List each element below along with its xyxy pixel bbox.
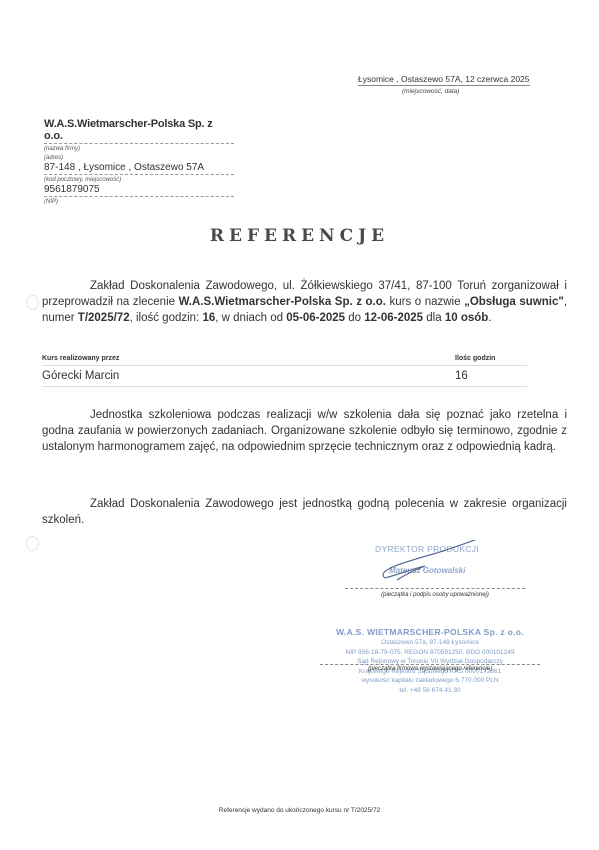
firm-block: W.A.S.Wietmarscher-Polska Sp. z o.o. (na… (44, 118, 234, 206)
paragraph-course-info: Zakład Doskonalenia Zawodowego, ul. Żółk… (42, 278, 567, 326)
stamp-line: tel. +48 56 674 41 30 (300, 686, 560, 696)
stamp-line: wysokość kapitału zakładowego 6.770.000 … (300, 676, 560, 686)
text: do (345, 312, 364, 324)
document-title: REFERENCJE (0, 226, 599, 246)
course-number: T/2025/72 (78, 312, 130, 324)
stamp-caption: (pieczątka firmowa wystawiającego refere… (320, 664, 540, 672)
paragraph-evaluation: Jednostka szkoleniowa podczas realizacji… (42, 407, 567, 455)
instructor-table: Kurs realizowany przez Ilośc godzin Góre… (42, 355, 527, 387)
place-date-caption: (miejscowość, data) (402, 88, 568, 95)
course-hours: 16 (202, 312, 215, 324)
text: Zakład Doskonalenia Zawodowego jest jedn… (42, 498, 567, 526)
table-row: Górecki Marcin 16 (42, 366, 527, 387)
text: kurs o nazwie (386, 296, 464, 308)
firm-postal-city: 87-148 , Łysomice , Ostaszewo 57A (44, 162, 234, 175)
text: dla (423, 312, 445, 324)
stamp-line: NIP 956-18-79-075, REGON 870591250, BDO … (300, 648, 560, 658)
punch-hole-mark (26, 536, 39, 551)
col-instructor-header: Kurs realizowany przez (42, 355, 119, 362)
punch-hole-mark (26, 295, 39, 310)
client-company: W.A.S.Wietmarscher-Polska Sp. z o.o. (179, 296, 386, 308)
col-hours-header: Ilośc godzin (455, 355, 527, 362)
paragraph-recommendation: Zakład Doskonalenia Zawodowego jest jedn… (42, 496, 567, 528)
date-to: 12-06-2025 (364, 312, 423, 324)
firm-nip: 9561879075 (44, 184, 234, 197)
footer-note: Referencje wydano do ukończonego kursu n… (0, 807, 599, 814)
text: Jednostka szkoleniowa podczas realizacji… (42, 409, 567, 453)
firm-name: W.A.S.Wietmarscher-Polska Sp. z o.o. (44, 118, 234, 144)
postal-city-caption: (kod pocztowy, miejscowość) (44, 176, 234, 184)
instructor-hours: 16 (455, 370, 527, 382)
text: , w dniach od (215, 312, 286, 324)
stamp-line: Ostaszewo 57a, 87-148 Łysomice (300, 638, 560, 648)
firm-name-caption: (nazwa firmy) (44, 145, 234, 153)
text: , ilość godzin: (130, 312, 203, 324)
table-header: Kurs realizowany przez Ilośc godzin (42, 355, 527, 366)
signature-line (345, 588, 525, 589)
place-date: Łysomice , Ostaszewo 57A, 12 czerwca 202… (358, 74, 530, 86)
text: . (488, 312, 491, 324)
date-from: 05-06-2025 (286, 312, 345, 324)
company-stamp: W.A.S. WIETMARSCHER-POLSKA Sp. z o.o. Os… (300, 627, 560, 695)
participants: 10 osób (445, 312, 488, 324)
nip-caption: (NIP) (44, 198, 234, 206)
course-name: „Obsługa suwnic" (464, 296, 564, 308)
signature-stamp: DYREKTOR PRODUKCJI Mateusz Gotowalski (345, 540, 525, 588)
stamp-company-name: W.A.S. WIETMARSCHER-POLSKA Sp. z o.o. (300, 627, 560, 638)
handwritten-signature-icon (345, 540, 525, 588)
signature-caption: (pieczątka i podpis osoby upoważnionej) (345, 592, 525, 598)
place-date-block: Łysomice , Ostaszewo 57A, 12 czerwca 202… (358, 74, 568, 95)
instructor-name: Górecki Marcin (42, 370, 119, 382)
address-caption: (adres) (44, 154, 234, 162)
